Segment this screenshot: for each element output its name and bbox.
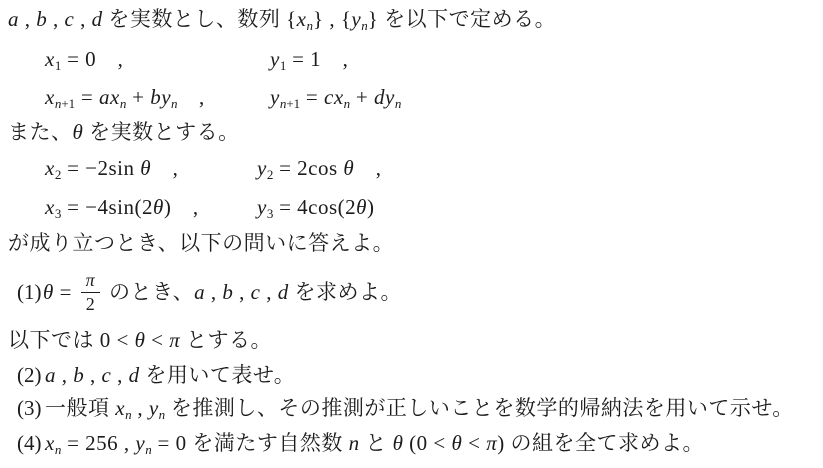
text-segment: y [149, 396, 159, 420]
fraction-denominator: 2 [81, 293, 101, 315]
holds-text: が成り立つとき、以下の問いに答えよ。 [8, 231, 394, 255]
text-segment: θ [343, 156, 354, 180]
text-segment: , [132, 396, 149, 420]
text-segment: を実数とする。 [83, 120, 239, 144]
text-segment: = [75, 85, 99, 109]
equation-y-recurrence: yn+1 = cxn + dyn [270, 84, 401, 112]
theta-text: また、θ を実数とする。 [8, 120, 240, 144]
text-segment: , [47, 7, 64, 31]
text-segment: c [324, 85, 334, 109]
text-segment: x [45, 85, 55, 109]
text-segment: , [233, 280, 250, 304]
text-segment: = 0 を満たす自然数 [152, 431, 349, 455]
text-segment: θ [43, 280, 54, 304]
text-segment: θ [135, 328, 146, 352]
text-segment: +1 [61, 96, 75, 111]
equation-x2: x2 = −2sin θ , [45, 155, 178, 183]
text-segment: = 1 , [286, 47, 348, 71]
text-segment: θ [140, 156, 151, 180]
text-segment: , [151, 156, 178, 180]
question-3-body: 一般項 xn , yn を推測し、その推測が正しいことを数学的帰納法を用いて示せ… [45, 395, 794, 423]
text-segment: y [385, 85, 395, 109]
text-segment: y [351, 7, 361, 31]
text-segment: θ [153, 195, 164, 219]
assumption-text: 以下では 0 < θ < π とする。 [8, 328, 272, 352]
text-segment: y [161, 85, 171, 109]
text-segment: , [205, 280, 222, 304]
text-segment: } を以下で定める。 [368, 7, 556, 31]
equation-y3: y3 = 4cos(2θ) [257, 194, 375, 222]
text-segment: また、 [8, 120, 73, 144]
text-segment: x [115, 396, 125, 420]
text-segment: + [126, 85, 150, 109]
text-segment: = 4cos(2 [273, 195, 356, 219]
question-1-body: θ = π2 のとき、a , b , c , d を求めよ。 [43, 268, 402, 316]
text-segment: を用いて表せ。 [140, 363, 296, 387]
question-1: (1) θ = π2 のとき、a , b , c , d を求めよ。 [0, 268, 823, 316]
text-segment: = [300, 85, 324, 109]
text-segment: , [19, 7, 36, 31]
text-segment: , [178, 85, 205, 109]
text-segment: θ [356, 195, 367, 219]
text-segment: n [349, 431, 360, 455]
text-segment: と [360, 431, 393, 455]
equation-x3: x3 = −4sin(2θ) , [45, 194, 199, 222]
text-segment: } , { [313, 7, 351, 31]
text-segment: b [222, 280, 233, 304]
text-segment: θ [73, 120, 84, 144]
text-segment: のとき、 [103, 280, 194, 304]
text-segment: x [45, 156, 55, 180]
text-segment: = −4sin(2 [61, 195, 153, 219]
text-segment: x [334, 85, 344, 109]
equation-x1: x1 = 0 , [45, 46, 123, 74]
text-segment: d [374, 85, 385, 109]
text-segment: d [92, 7, 103, 31]
text-segment: x [297, 7, 307, 31]
text-segment: y [270, 85, 280, 109]
text-segment: d [129, 363, 140, 387]
question-4-body: xn = 256 , yn = 0 を満たす自然数 n と θ (0 < θ <… [45, 430, 704, 458]
text-segment: = [54, 280, 78, 304]
text-segment: y [257, 195, 267, 219]
text-segment: a [45, 363, 56, 387]
text-segment: y [257, 156, 267, 180]
text-segment: , [56, 363, 73, 387]
intro-statement: a , b , c , d を実数とし、数列 {xn} , {yn} を以下で定… [8, 6, 556, 34]
question-2-number: (2) [17, 362, 42, 388]
question-3-number: (3) [17, 395, 42, 421]
question-1-number: (1) [17, 268, 42, 316]
question-2-body: a , b , c , d を用いて表せ。 [45, 362, 295, 388]
text-segment: c [251, 280, 261, 304]
text-segment: y [270, 47, 280, 71]
text-segment: , [111, 363, 128, 387]
text-segment: (0 < [403, 431, 451, 455]
text-segment: c [65, 7, 75, 31]
fraction: π2 [81, 270, 101, 314]
text-segment: = 0 , [61, 47, 123, 71]
text-segment: θ [452, 431, 463, 455]
theta-statement: また、θ を実数とする。 [8, 119, 240, 145]
text-segment: a [194, 280, 205, 304]
text-segment: x [45, 431, 55, 455]
text-segment: 一般項 [45, 396, 115, 420]
text-segment: b [73, 363, 84, 387]
text-segment: x [110, 85, 120, 109]
text-segment: + [350, 85, 374, 109]
text-segment: π [169, 328, 180, 352]
assumption-statement: 以下では 0 < θ < π とする。 [8, 327, 272, 353]
text-segment: が成り立つとき、以下の問いに答えよ。 [8, 231, 394, 255]
intro-text: a , b , c , d を実数とし、数列 {xn} , {yn} を以下で定… [8, 7, 556, 31]
text-segment: , [354, 156, 381, 180]
text-segment: a [99, 85, 110, 109]
text-segment: x [45, 195, 55, 219]
fraction-numerator: π [81, 270, 101, 293]
equation-y2: y2 = 2cos θ , [257, 155, 382, 183]
text-segment: ) [367, 195, 375, 219]
math-problem-document: a , b , c , d を実数とし、数列 {xn} , {yn} を以下で定… [0, 0, 823, 468]
text-segment: = 256 , [61, 431, 135, 455]
text-segment: < [462, 431, 486, 455]
text-segment: π [486, 431, 497, 455]
text-segment: θ [393, 431, 404, 455]
text-segment: y [135, 431, 145, 455]
question-4-number: (4) [17, 430, 42, 456]
text-segment: を実数とし、数列 { [103, 7, 297, 31]
text-segment: ) の組を全て求めよ。 [497, 431, 704, 455]
text-segment: d [278, 280, 289, 304]
text-segment: = 2cos [273, 156, 343, 180]
text-segment: とする。 [180, 328, 272, 352]
text-segment: < [145, 328, 169, 352]
text-segment: を求めよ。 [289, 280, 402, 304]
text-segment: b [36, 7, 47, 31]
equation-x-recurrence: xn+1 = axn + byn , [45, 84, 205, 112]
text-segment: , [260, 280, 277, 304]
text-segment: 以下では 0 < [8, 328, 135, 352]
text-segment: a [8, 7, 19, 31]
text-segment: , [74, 7, 91, 31]
text-segment: , [84, 363, 101, 387]
equation-y1: y1 = 1 , [270, 46, 348, 74]
text-segment: x [45, 47, 55, 71]
text-segment: +1 [286, 96, 300, 111]
text-segment: = −2sin [61, 156, 140, 180]
text-segment: を推測し、その推測が正しいことを数学的帰納法を用いて示せ。 [165, 396, 794, 420]
text-segment: ) , [164, 195, 199, 219]
text-segment: n [395, 96, 402, 111]
text-segment: b [150, 85, 161, 109]
text-segment: c [102, 363, 112, 387]
holds-statement: が成り立つとき、以下の問いに答えよ。 [8, 230, 394, 256]
